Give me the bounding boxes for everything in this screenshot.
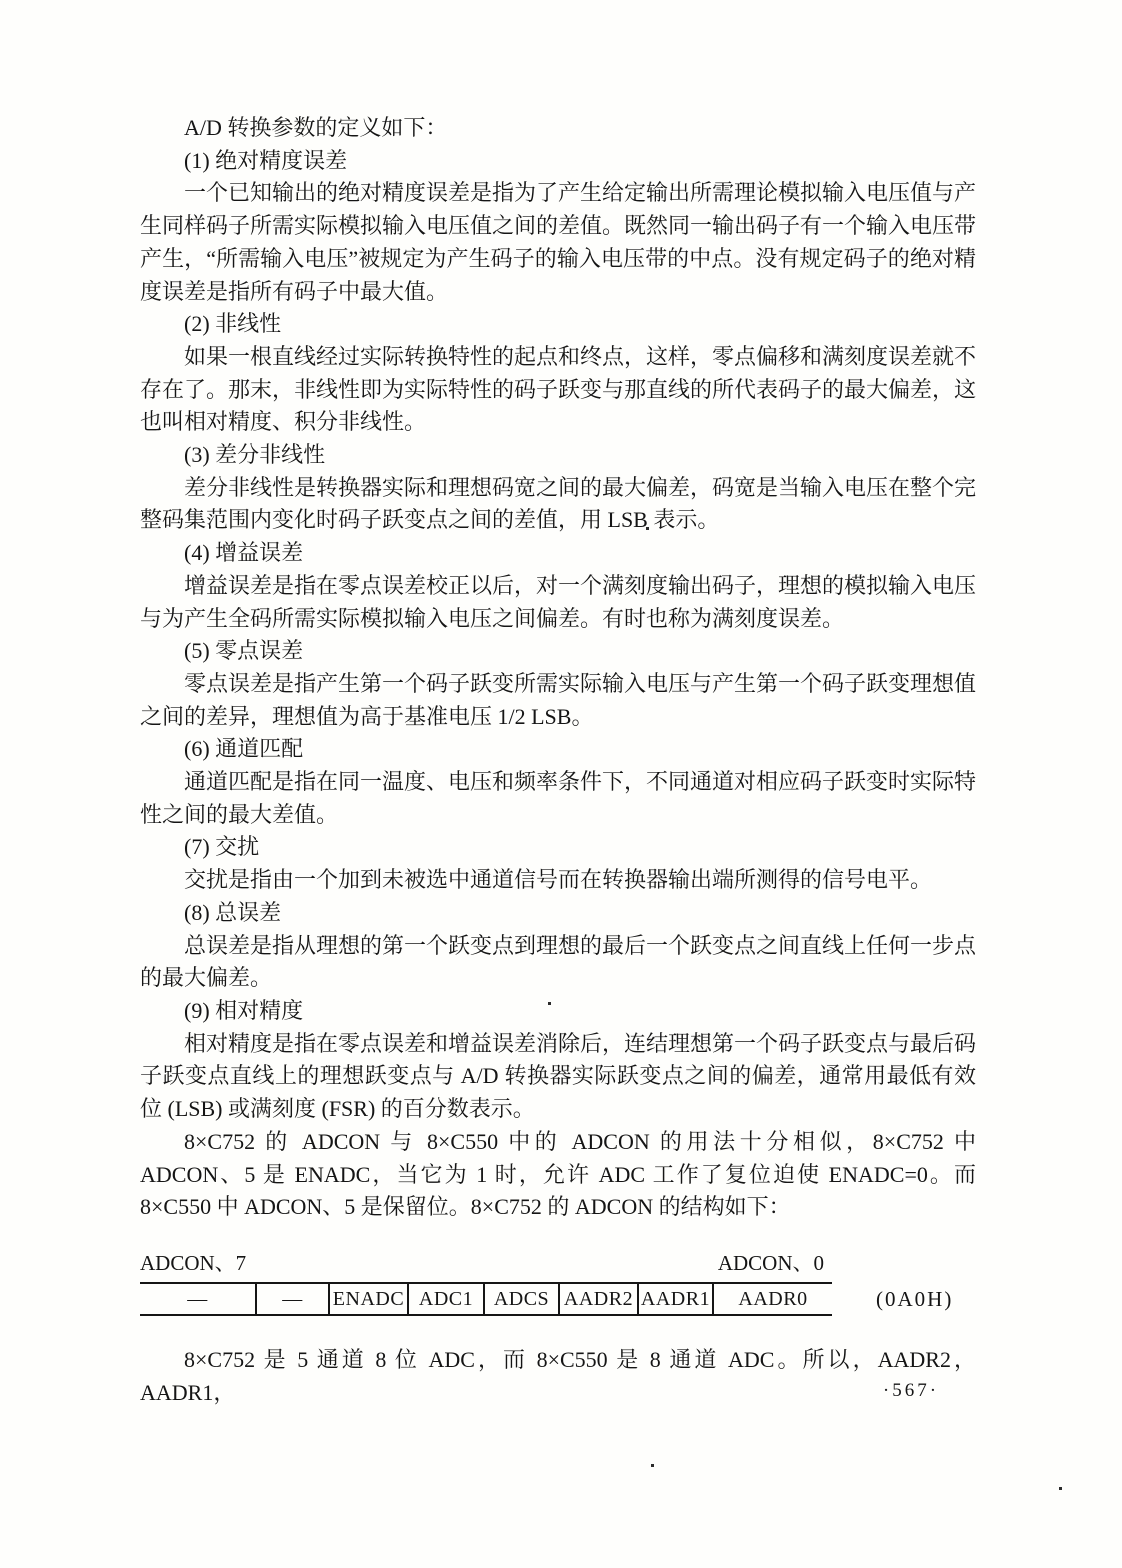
register-cell-bit7: — — [140, 1284, 257, 1314]
body-text: A/D 转换参数的定义如下： (1) 绝对精度误差 一个已知输出的绝对精度误差是… — [140, 112, 976, 1224]
register-cell-bit6: — — [257, 1284, 330, 1314]
section-heading-2: (2) 非线性 — [140, 308, 976, 341]
register-cell-enadc: ENADC — [330, 1284, 409, 1314]
scan-speck — [651, 1464, 654, 1467]
section-heading-7: (7) 交扰 — [140, 831, 976, 864]
paragraph: 零点误差是指产生第一个码子跃变所需实际输入电压与产生第一个码子跃变理想值之间的差… — [140, 668, 976, 733]
closing-paragraph: 8×C752 是 5 通道 8 位 ADC，而 8×C550 是 8 通道 AD… — [140, 1344, 976, 1409]
adcon-register-diagram: ADCON、7 ADCON、0 — — ENADC ADC1 ADCS AADR… — [140, 1249, 832, 1316]
register-labels: ADCON、7 ADCON、0 — [140, 1249, 832, 1277]
section-heading-1: (1) 绝对精度误差 — [140, 145, 976, 178]
section-heading-5: (5) 零点误差 — [140, 635, 976, 668]
section-heading-3: (3) 差分非线性 — [140, 439, 976, 472]
register-cell-aadr2: AADR2 — [560, 1284, 639, 1314]
paragraph: 交扰是指由一个加到未被选中通道信号而在转换器输出端所测得的信号电平。 — [140, 864, 976, 897]
register-bit-table: — — ENADC ADC1 ADCS AADR2 AADR1 AADR0 — [140, 1282, 832, 1316]
page-number: ·567· — [872, 1380, 950, 1402]
register-cell-adcs: ADCS — [485, 1284, 560, 1314]
section-heading-8: (8) 总误差 — [140, 897, 976, 930]
register-address: (0A0H) — [876, 1282, 953, 1316]
paragraph: 8×C752 的 ADCON 与 8×C550 中的 ADCON 的用法十分相似… — [140, 1126, 976, 1224]
register-cell-aadr1: AADR1 — [639, 1284, 714, 1314]
intro-paragraph: A/D 转换参数的定义如下： — [140, 112, 976, 145]
scan-speck — [548, 1002, 551, 1005]
paragraph: 差分非线性是转换器实际和理想码宽之间的最大偏差，码宽是当输入电压在整个完整码集范… — [140, 472, 976, 537]
scan-speck — [1059, 1487, 1062, 1490]
section-heading-6: (6) 通道匹配 — [140, 733, 976, 766]
register-lsb-label: ADCON、0 — [718, 1249, 824, 1277]
paragraph: 增益误差是指在零点误差校正以后，对一个满刻度输出码子，理想的模拟输入电压与为产生… — [140, 570, 976, 635]
section-heading-4: (4) 增益误差 — [140, 537, 976, 570]
paragraph: 相对精度是指在零点误差和增益误差消除后，连结理想第一个码子跃变点与最后码子跃变点… — [140, 1028, 976, 1126]
scan-speck — [646, 527, 649, 530]
document-page: A/D 转换参数的定义如下： (1) 绝对精度误差 一个已知输出的绝对精度误差是… — [0, 0, 1122, 1568]
register-cell-adc1: ADC1 — [409, 1284, 485, 1314]
paragraph: 总误差是指从理想的第一个跃变点到理想的最后一个跃变点之间直线上任何一步点的最大偏… — [140, 930, 976, 995]
register-row-wrap: — — ENADC ADC1 ADCS AADR2 AADR1 AADR0 (0… — [140, 1282, 832, 1316]
paragraph: 通道匹配是指在同一温度、电压和频率条件下，不同通道对相应码子跃变时实际特性之间的… — [140, 766, 976, 831]
register-cell-aadr0: AADR0 — [714, 1284, 832, 1314]
paragraph: 一个已知输出的绝对精度误差是指为了产生给定输出所需理论模拟输入电压值与产生同样码… — [140, 177, 976, 308]
paragraph: 如果一根直线经过实际转换特性的起点和终点，这样，零点偏移和满刻度误差就不存在了。… — [140, 341, 976, 439]
section-heading-9: (9) 相对精度 — [140, 995, 976, 1028]
register-msb-label: ADCON、7 — [140, 1249, 246, 1277]
